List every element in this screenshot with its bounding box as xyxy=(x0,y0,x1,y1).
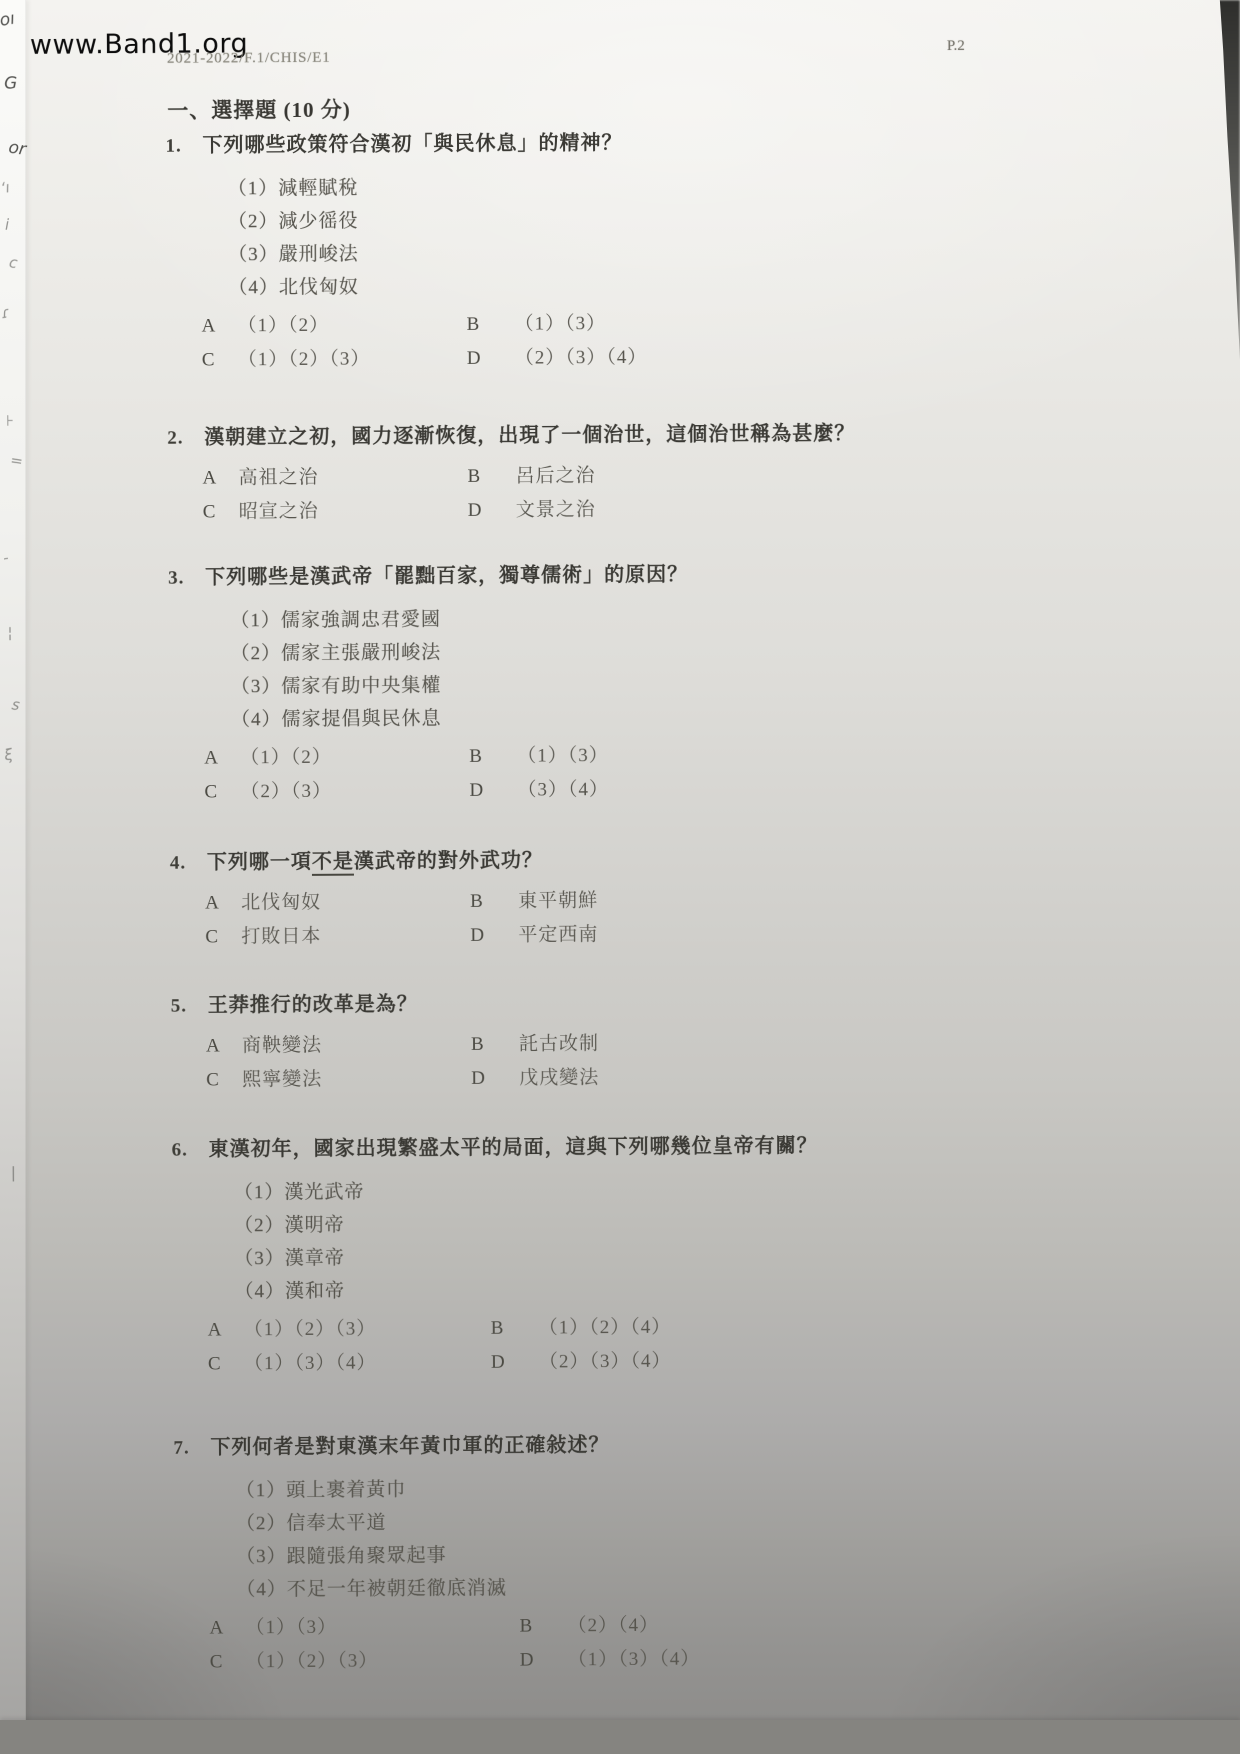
choice-b: B（2）（4） xyxy=(519,1610,659,1638)
sub-option: （1）頭上裹着黃巾 xyxy=(236,1470,1094,1508)
section-heading: 一、選擇題 (10 分) xyxy=(167,94,351,125)
choice-text: 戊戌變法 xyxy=(519,1067,599,1088)
sub-option: （4）漢和帝 xyxy=(234,1271,1092,1309)
choice-text: 託古改制 xyxy=(519,1033,599,1054)
question-number: 4. xyxy=(170,849,207,879)
choice-b: B東平朝鮮 xyxy=(470,885,598,913)
choice-text: 商鞅變法 xyxy=(242,1035,322,1056)
underlined-stem-word: 不是 xyxy=(312,851,354,876)
choice-d: D（3）（4） xyxy=(469,774,609,802)
choice-letter: A xyxy=(206,1035,242,1057)
choice-text: （1）（2）（3） xyxy=(246,1650,379,1672)
choice-letter: C xyxy=(203,501,239,523)
choice-text: （2）（3）（4） xyxy=(539,1351,672,1373)
choice-text: （1）（3）（4） xyxy=(244,1352,377,1374)
choice-text: （1）（2）（3） xyxy=(244,1318,377,1340)
choice-letter: A xyxy=(202,315,238,337)
choice-letter: C xyxy=(206,1069,242,1091)
choice-a: A（1）（2）（3） xyxy=(208,1313,491,1342)
choice-b: B（1）（2）（4） xyxy=(491,1312,672,1340)
choice-text: （1）（2） xyxy=(238,315,330,337)
sub-option: （4）儒家提倡與民休息 xyxy=(231,699,1089,737)
choice-letter: B xyxy=(467,466,515,488)
choice-c: C熙寧變法 xyxy=(206,1063,471,1092)
choice-text: （2）（3）（4） xyxy=(515,347,648,369)
question-number: 6. xyxy=(172,1136,209,1166)
choice-letter: D xyxy=(471,1068,519,1090)
margin-artifacts: oıGorʻıicɾ⊦=-¦sξ| xyxy=(0,0,1235,4)
choice-letter: C xyxy=(210,1651,246,1673)
question-stem: 下列哪些政策符合漢初「與民休息」的精神？ xyxy=(202,132,622,157)
question-choices: A北伐匈奴B東平朝鮮C打敗日本D平定西南 xyxy=(205,882,1090,955)
sub-option: （2）減少徭役 xyxy=(228,201,1086,239)
choice-text: （1）（3） xyxy=(515,313,607,335)
scanned-exam-page: { "watermark": "www.Band1.org", "header"… xyxy=(0,0,1240,1754)
page-number: P.2 xyxy=(947,38,965,55)
choice-text: （1）（2） xyxy=(240,747,332,769)
choice-d: D平定西南 xyxy=(470,919,598,947)
choice-letter: A xyxy=(205,892,241,914)
margin-bleed-mark: = xyxy=(9,451,24,471)
choice-letter: C xyxy=(208,1353,244,1375)
choice-text: 北伐匈奴 xyxy=(241,892,321,913)
choice-d: D（2）（3）（4） xyxy=(467,342,648,370)
choice-text: （2）（3） xyxy=(240,781,332,803)
choice-text: 文景之治 xyxy=(516,499,596,520)
choice-b: B（1）（3） xyxy=(469,740,609,768)
margin-bleed-mark: | xyxy=(11,1164,16,1182)
choice-row: C（1）（2）（3）D（1）（3）（4） xyxy=(210,1641,1095,1680)
sub-option: （3）漢章帝 xyxy=(234,1238,1092,1276)
choice-text: （2）（4） xyxy=(567,1615,659,1637)
choice-d: D戊戌變法 xyxy=(471,1062,599,1090)
choice-letter: B xyxy=(491,1318,539,1340)
sub-option: （2）儒家主張嚴刑峻法 xyxy=(231,633,1089,671)
question-stem-row: 2.漢朝建立之初，國力逐漸恢復，出現了一個治世，這個治世稱為甚麼？ xyxy=(167,417,1087,454)
choice-row: C打敗日本D平定西南 xyxy=(205,916,1090,955)
choice-row: A北伐匈奴B東平朝鮮 xyxy=(205,882,1090,921)
question-block: 7.下列何者是對東漢末年黃巾軍的正確敍述？ （1）頭上裹着黃巾（2）信奉太平道（… xyxy=(173,1427,1094,1681)
question-stem: 下列哪一項不是漢武帝的對外武功？ xyxy=(207,849,543,875)
choice-letter: D xyxy=(469,780,517,802)
choice-d: D（2）（3）（4） xyxy=(491,1346,672,1374)
question-stem-row: 5.王莽推行的改革是為？ xyxy=(171,985,1091,1022)
choice-row: A（1）（2）B（1）（3） xyxy=(204,737,1089,776)
question-stem: 漢朝建立之初，國力逐漸恢復，出現了一個治世，這個治世稱為甚麼？ xyxy=(204,423,855,449)
question-choices: A（1）（2）B（1）（3）C（1）（2）（3）D（2）（3）（4） xyxy=(202,305,1087,378)
choice-text: 東平朝鮮 xyxy=(518,890,598,911)
question-block: 6.東漢初年，國家出現繁盛太平的局面，這與下列哪幾位皇帝有關？ （1）漢光武帝（… xyxy=(172,1129,1093,1383)
choice-text: （1）（3） xyxy=(517,745,609,767)
question-choices: A（1）（2）B（1）（3）C（2）（3）D（3）（4） xyxy=(204,737,1089,810)
choice-text: （1）（3） xyxy=(245,1617,337,1639)
choice-c: C（1）（3）（4） xyxy=(208,1347,491,1376)
choice-b: B（1）（3） xyxy=(467,308,607,336)
question-block: 4.下列哪一項不是漢武帝的對外武功？ A北伐匈奴B東平朝鮮C打敗日本D平定西南 xyxy=(170,842,1091,956)
question-stem-row: 1.下列哪些政策符合漢初「與民休息」的精神？ xyxy=(165,125,1085,162)
choice-letter: D xyxy=(470,925,518,947)
choice-letter: A xyxy=(209,1617,245,1639)
choice-c: C（1）（2）（3） xyxy=(210,1645,520,1674)
question-choices: A高祖之治B呂后之治C昭宣之治D文景之治 xyxy=(202,457,1087,530)
choice-row: C（1）（3）（4）D（2）（3）（4） xyxy=(208,1343,1093,1382)
sub-option: （4）不足一年被朝廷徹底消滅 xyxy=(236,1569,1094,1607)
page-content: www.Band1.org 2021-2022/F.1/CHIS/E1 P.2 … xyxy=(0,0,1240,1754)
margin-bleed-mark: - xyxy=(2,548,10,567)
choice-text: 熙寧變法 xyxy=(242,1069,322,1090)
question-stem: 東漢初年，國家出現繁盛太平的局面，這與下列哪幾位皇帝有關？ xyxy=(209,1135,818,1161)
choice-a: A高祖之治 xyxy=(202,461,467,490)
question-block: 5.王莽推行的改革是為？ A商鞅變法B託古改制C熙寧變法D戊戌變法 xyxy=(171,985,1092,1099)
question-stem-row: 4.下列哪一項不是漢武帝的對外武功？ xyxy=(170,842,1090,879)
choice-c: C打敗日本 xyxy=(205,920,470,949)
margin-bleed-mark: ʻı xyxy=(0,178,11,197)
question-sub-options: （1）減輕賦稅（2）減少徭役（3）嚴刑峻法（4）北伐匈奴 xyxy=(228,168,1087,305)
choice-letter: A xyxy=(202,467,238,489)
choice-a: A商鞅變法 xyxy=(206,1029,471,1058)
question-choices: A（1）（2）（3）B（1）（2）（4）C（1）（3）（4）D（2）（3）（4） xyxy=(208,1309,1093,1382)
question-stem: 下列哪些是漢武帝「罷黜百家，獨尊儒術」的原因？ xyxy=(205,564,688,589)
choice-text: （1）（2）（4） xyxy=(539,1317,672,1339)
choice-b: B呂后之治 xyxy=(467,460,595,488)
choice-d: D（1）（3）（4） xyxy=(520,1644,701,1672)
question-choices: A商鞅變法B託古改制C熙寧變法D戊戌變法 xyxy=(206,1025,1091,1098)
choice-letter: D xyxy=(491,1352,539,1374)
choice-text: （1）（2）（3） xyxy=(238,349,371,371)
choice-row: A（1）（2）B（1）（3） xyxy=(202,305,1087,344)
choice-letter: A xyxy=(208,1319,244,1341)
margin-bleed-mark: G xyxy=(4,74,17,94)
sub-option: （3）跟隨張角聚眾起事 xyxy=(236,1536,1094,1574)
margin-bleed-mark: c xyxy=(8,253,19,272)
sub-option: （1）減輕賦稅 xyxy=(228,168,1086,206)
margin-bleed-mark: ɾ xyxy=(0,303,11,322)
choice-letter: D xyxy=(467,348,515,370)
choice-text: （1）（3）（4） xyxy=(568,1649,701,1671)
choice-text: （3）（4） xyxy=(517,779,609,801)
question-number: 7. xyxy=(173,1434,210,1464)
choice-a: A（1）（2） xyxy=(202,309,467,338)
question-number: 2. xyxy=(167,424,204,454)
choice-letter: B xyxy=(519,1615,567,1637)
question-choices: A（1）（3）B（2）（4）C（1）（2）（3）D（1）（3）（4） xyxy=(209,1607,1094,1680)
margin-bleed-mark: ⊦ xyxy=(6,412,14,430)
question-stem: 王莽推行的改革是為？ xyxy=(208,993,418,1016)
margin-bleed-mark: oı xyxy=(0,9,16,31)
questions-list: 1.下列哪些政策符合漢初「與民休息」的精神？ （1）減輕賦稅（2）減少徭役（3）… xyxy=(0,0,1235,4)
choice-text: 打敗日本 xyxy=(241,926,321,947)
choice-c: C昭宣之治 xyxy=(203,495,468,524)
choice-text: 平定西南 xyxy=(518,924,598,945)
sub-option: （3）嚴刑峻法 xyxy=(228,234,1086,272)
sub-option: （3）儒家有助中央集權 xyxy=(231,666,1089,704)
choice-letter: D xyxy=(468,500,516,522)
choice-a: A（1）（2） xyxy=(204,741,469,770)
choice-c: C（2）（3） xyxy=(204,775,469,804)
margin-bleed-mark: i xyxy=(5,216,9,234)
question-sub-options: （1）儒家強調忠君愛國（2）儒家主張嚴刑峻法（3）儒家有助中央集權（4）儒家提倡… xyxy=(230,600,1089,737)
choice-letter: B xyxy=(469,746,517,768)
choice-row: A（1）（2）（3）B（1）（2）（4） xyxy=(208,1309,1093,1348)
choice-a: A北伐匈奴 xyxy=(205,886,470,915)
choice-row: C熙寧變法D戊戌變法 xyxy=(206,1059,1091,1098)
question-sub-options: （1）漢光武帝（2）漢明帝（3）漢章帝（4）漢和帝 xyxy=(234,1172,1093,1309)
question-number: 3. xyxy=(168,564,205,594)
margin-bleed-mark: ξ xyxy=(3,745,14,764)
choice-row: C昭宣之治D文景之治 xyxy=(203,491,1088,530)
sub-option: （1）儒家強調忠君愛國 xyxy=(230,600,1088,638)
margin-bleed-mark: or xyxy=(7,137,27,159)
choice-letter: C xyxy=(202,349,238,371)
question-block: 2.漢朝建立之初，國力逐漸恢復，出現了一個治世，這個治世稱為甚麼？ A高祖之治B… xyxy=(167,417,1088,531)
sub-option: （1）漢光武帝 xyxy=(234,1172,1092,1210)
choice-text: 昭宣之治 xyxy=(239,501,319,522)
margin-bleed-mark: ¦ xyxy=(7,624,12,642)
question-block: 3.下列哪些是漢武帝「罷黜百家，獨尊儒術」的原因？ （1）儒家強調忠君愛國（2）… xyxy=(168,557,1089,811)
choice-row: C（2）（3）D（3）（4） xyxy=(204,771,1089,810)
choice-row: A高祖之治B呂后之治 xyxy=(202,457,1087,496)
choice-a: A（1）（3） xyxy=(209,1611,519,1640)
choice-letter: A xyxy=(204,747,240,769)
choice-c: C（1）（2）（3） xyxy=(202,343,467,372)
choice-letter: B xyxy=(470,891,518,913)
question-sub-options: （1）頭上裹着黃巾（2）信奉太平道（3）跟隨張角聚眾起事（4）不足一年被朝廷徹底… xyxy=(236,1470,1095,1607)
choice-letter: C xyxy=(205,926,241,948)
question-stem-row: 7.下列何者是對東漢末年黃巾軍的正確敍述？ xyxy=(173,1427,1093,1464)
sub-option: （2）信奉太平道 xyxy=(236,1503,1094,1541)
sub-option: （2）漢明帝 xyxy=(234,1205,1092,1243)
question-block: 1.下列哪些政策符合漢初「與民休息」的精神？ （1）減輕賦稅（2）減少徭役（3）… xyxy=(165,125,1086,379)
choice-letter: B xyxy=(467,314,515,336)
choice-d: D文景之治 xyxy=(468,494,596,522)
choice-row: A（1）（3）B（2）（4） xyxy=(209,1607,1094,1646)
choice-b: B託古改制 xyxy=(471,1028,599,1056)
question-stem: 下列何者是對東漢末年黃巾軍的正確敍述？ xyxy=(210,1434,609,1458)
question-stem-row: 6.東漢初年，國家出現繁盛太平的局面，這與下列哪幾位皇帝有關？ xyxy=(172,1129,1092,1166)
choice-letter: C xyxy=(204,781,240,803)
sub-option: （4）北伐匈奴 xyxy=(228,267,1086,305)
choice-text: 高祖之治 xyxy=(238,467,318,488)
question-number: 1. xyxy=(165,132,202,162)
choice-row: C（1）（2）（3）D（2）（3）（4） xyxy=(202,339,1087,378)
question-stem-row: 3.下列哪些是漢武帝「罷黜百家，獨尊儒術」的原因？ xyxy=(168,557,1088,594)
document-code: 2021-2022/F.1/CHIS/E1 xyxy=(167,50,331,68)
choice-letter: B xyxy=(471,1034,519,1056)
question-number: 5. xyxy=(171,992,208,1022)
margin-bleed-mark: s xyxy=(11,695,21,714)
choice-row: A商鞅變法B託古改制 xyxy=(206,1025,1091,1064)
choice-text: 呂后之治 xyxy=(515,465,595,486)
choice-letter: D xyxy=(520,1649,568,1671)
